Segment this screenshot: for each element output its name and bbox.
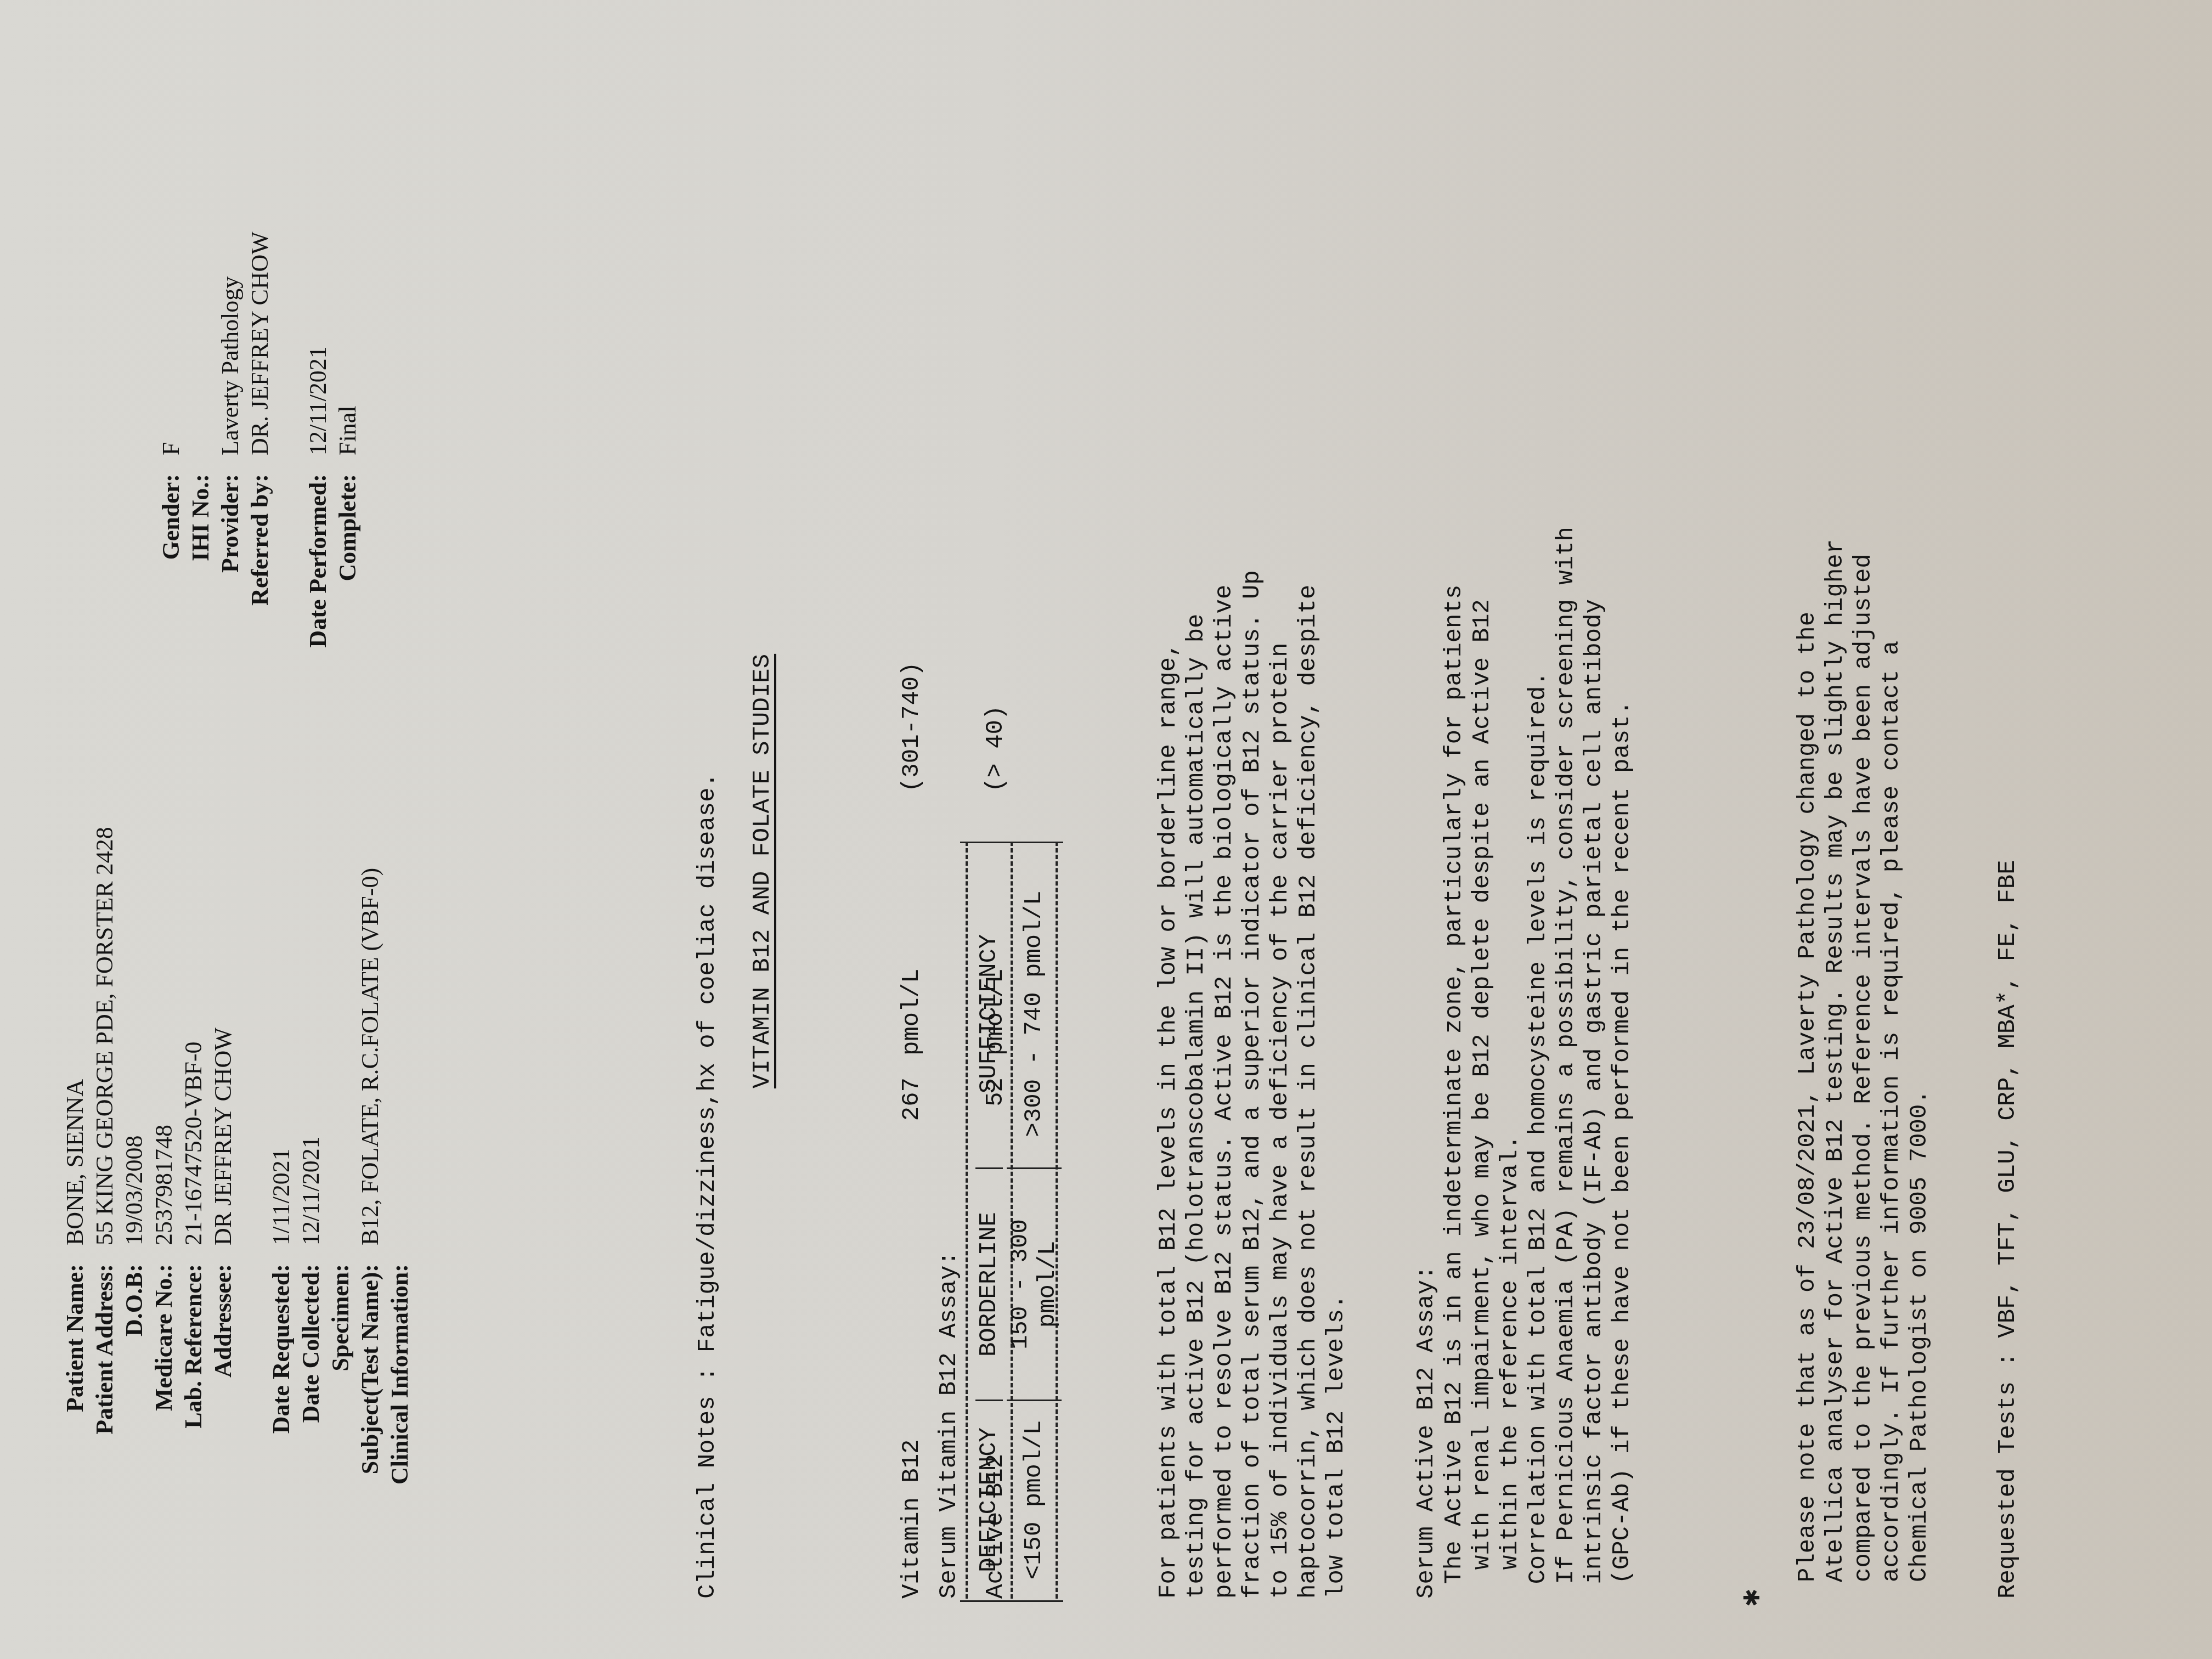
pathology-report-page: Patient Name:BONE, SIENNAPatient Address… — [0, 0, 2212, 1659]
paragraph-line: Correlation with total B12 and homocyste… — [1525, 527, 1553, 1599]
table-border — [960, 842, 1063, 843]
analyser-change-note: Please note that as of 23/08/2021, Laver… — [1794, 539, 1934, 1582]
field-value: F — [156, 442, 186, 474]
paragraph-line: low total B12 levels. — [1323, 570, 1351, 1599]
range-borderline: 150 - 300 pmol/L — [1007, 1167, 1062, 1401]
table-border — [960, 1600, 1063, 1602]
header-sufficiency: SUFFICIENCY — [975, 860, 1003, 1167]
paragraph-line: The Active B12 is in an indeterminate zo… — [1441, 527, 1469, 1599]
study-title: VITAMIN B12 AND FOLATE STUDIES — [749, 654, 777, 1088]
field-row: Patient Address:55 KING GEORGE PDE, FORS… — [90, 827, 120, 1599]
field-label: Patient Name: — [60, 1264, 90, 1599]
field-label: Complete: — [333, 474, 363, 726]
result-name: Vitamin B12 — [898, 1171, 926, 1599]
result-unit: pmol/L — [898, 814, 926, 1077]
field-value: 1/11/2021 — [267, 1148, 296, 1264]
serum-b12-interpretation: For patients with total B12 levels in th… — [1155, 570, 1351, 1599]
field-value: 2537981748 — [149, 1125, 179, 1264]
field-value: 55 KING GEORGE PDE, FORSTER 2428 — [90, 827, 120, 1264]
field-row: Gender:F — [156, 232, 186, 726]
field-row: Referred by:DR. JEFFREY CHOW — [245, 232, 275, 726]
field-value: B12, FOLATE, R.C.FOLATE (VBF-0) — [356, 868, 385, 1264]
assay-header-row: DEFICIENCY BORDERLINE SUFFICIENCY — [968, 842, 1011, 1599]
paragraph-line: Serum Active B12 Assay: — [1413, 527, 1441, 1599]
paragraph-line: performed to resolve B12 status. Active … — [1211, 570, 1239, 1599]
paragraph-line: Please note that as of 23/08/2021, Laver… — [1794, 539, 1822, 1582]
result-value: 267 — [898, 1077, 926, 1171]
field-row: Date Performed:12/11/2021 — [303, 232, 333, 726]
patient-details-right: Gender:FIHI No.:Provider:Laverty Patholo… — [156, 232, 363, 726]
field-value: 19/03/2008 — [120, 1136, 149, 1264]
field-value: 21-16747520-VBF-0 — [179, 1041, 208, 1264]
paragraph-line: within the reference interval. — [1497, 527, 1525, 1599]
field-value: DR JEFFREY CHOW — [208, 1028, 238, 1264]
paragraph-line: (GPC-Ab) if these have not been performe… — [1609, 527, 1637, 1599]
paragraph-line: testing for active B12 (holotranscobalam… — [1183, 570, 1211, 1599]
field-value — [186, 455, 216, 474]
field-value: Laverty Pathology — [216, 276, 245, 474]
field-label: D.O.B: — [120, 1264, 149, 1599]
pen-mark-icon: ✱ — [1739, 1588, 1765, 1607]
field-row: Date Requested:1/11/2021 — [267, 827, 296, 1599]
field-value: 12/11/2021 — [296, 1136, 326, 1264]
paragraph-line: If Pernicious Anaemia (PA) remains a pos… — [1553, 527, 1581, 1599]
field-label: Date Requested: — [267, 1264, 296, 1599]
result-reference: (301-740) — [898, 662, 926, 814]
field-row: Specimen: — [326, 827, 356, 1599]
field-row: Provider:Laverty Pathology — [216, 232, 245, 726]
result-reference: (> 40) — [982, 706, 1010, 814]
serum-assay-title: Serum Vitamin B12 Assay: — [935, 1251, 963, 1599]
field-row: Complete:Final — [333, 232, 363, 726]
header-borderline: BORDERLINE — [975, 1167, 1003, 1401]
field-value — [326, 1245, 356, 1264]
field-label: Lab. Reference: — [179, 1264, 208, 1599]
clinical-notes: Clinical Notes : Fatigue/dizziness,hx of… — [694, 773, 722, 1599]
header-deficiency: DEFICIENCY — [975, 1401, 1003, 1599]
range-deficiency: <150 pmol/L — [1020, 1401, 1048, 1599]
range-sufficiency: >300 - 740 pmol/L — [1020, 860, 1048, 1167]
field-label: Medicare No.: — [149, 1264, 179, 1599]
field-label: Clinical Information: — [385, 1264, 415, 1599]
paragraph-line: fraction of total serum B12, and a super… — [1239, 570, 1267, 1599]
paragraph-line: compared to the previous method. Referen… — [1850, 539, 1878, 1582]
field-row: IHI No.: — [186, 232, 216, 726]
assay-range-row: <150 pmol/L 150 - 300 pmol/L >300 - 740 … — [1013, 842, 1056, 1599]
field-row: Clinical Information: — [385, 827, 415, 1599]
field-value: 12/11/2021 — [303, 346, 333, 474]
field-label: Subject(Test Name): — [356, 1264, 385, 1599]
field-value: DR. JEFFREY CHOW — [245, 232, 275, 474]
field-value: Final — [333, 406, 363, 474]
paragraph-line: Atellica analyser for Active B12 testing… — [1822, 539, 1850, 1582]
field-label: Specimen: — [326, 1264, 356, 1599]
result-row-vitamin-b12: Vitamin B12 267 pmol/L (301-740) — [898, 662, 926, 1599]
paragraph-line: intrinsic factor antibody (IF-Ab) and ga… — [1581, 527, 1609, 1599]
patient-details-left: Patient Name:BONE, SIENNAPatient Address… — [60, 827, 415, 1599]
field-label: Date Performed: — [303, 474, 333, 726]
field-row: Patient Name:BONE, SIENNA — [60, 827, 90, 1599]
field-label: Gender: — [156, 474, 186, 726]
field-row: D.O.B:19/03/2008 — [120, 827, 149, 1599]
requested-tests: Requested Tests : VBF, TFT, GLU, CRP, MB… — [1994, 860, 2022, 1599]
field-label: Date Collected: — [296, 1264, 326, 1599]
paragraph-line: to 15% of individuals may have a deficie… — [1267, 570, 1295, 1599]
paragraph-line: haptocorrin, which does not result in cl… — [1295, 570, 1323, 1599]
field-row: Subject(Test Name):B12, FOLATE, R.C.FOLA… — [356, 827, 385, 1599]
paragraph-line: accordingly. If further information is r… — [1878, 539, 1906, 1582]
field-row: Addressee:DR JEFFREY CHOW — [208, 827, 238, 1599]
field-row: Medicare No.:2537981748 — [149, 827, 179, 1599]
paragraph-line: with renal impairment, who may be B12 de… — [1469, 527, 1497, 1599]
field-value: BONE, SIENNA — [60, 1079, 90, 1264]
active-b12-interpretation: Serum Active B12 Assay: The Active B12 i… — [1413, 527, 1637, 1599]
field-label: Referred by: — [245, 474, 275, 726]
field-label: Patient Address: — [90, 1264, 120, 1599]
field-row: Date Collected:12/11/2021 — [296, 827, 326, 1599]
paragraph-line: Chemical Pathologist on 9005 7000. — [1906, 539, 1934, 1582]
field-label: Addressee: — [208, 1264, 238, 1599]
field-label: Provider: — [216, 474, 245, 726]
serum-assay-table: DEFICIENCY BORDERLINE SUFFICIENCY <150 p… — [966, 842, 1058, 1599]
field-label: IHI No.: — [186, 474, 216, 726]
field-row: Lab. Reference:21-16747520-VBF-0 — [179, 827, 208, 1599]
field-value — [385, 1245, 415, 1264]
paragraph-line: For patients with total B12 levels in th… — [1155, 570, 1183, 1599]
